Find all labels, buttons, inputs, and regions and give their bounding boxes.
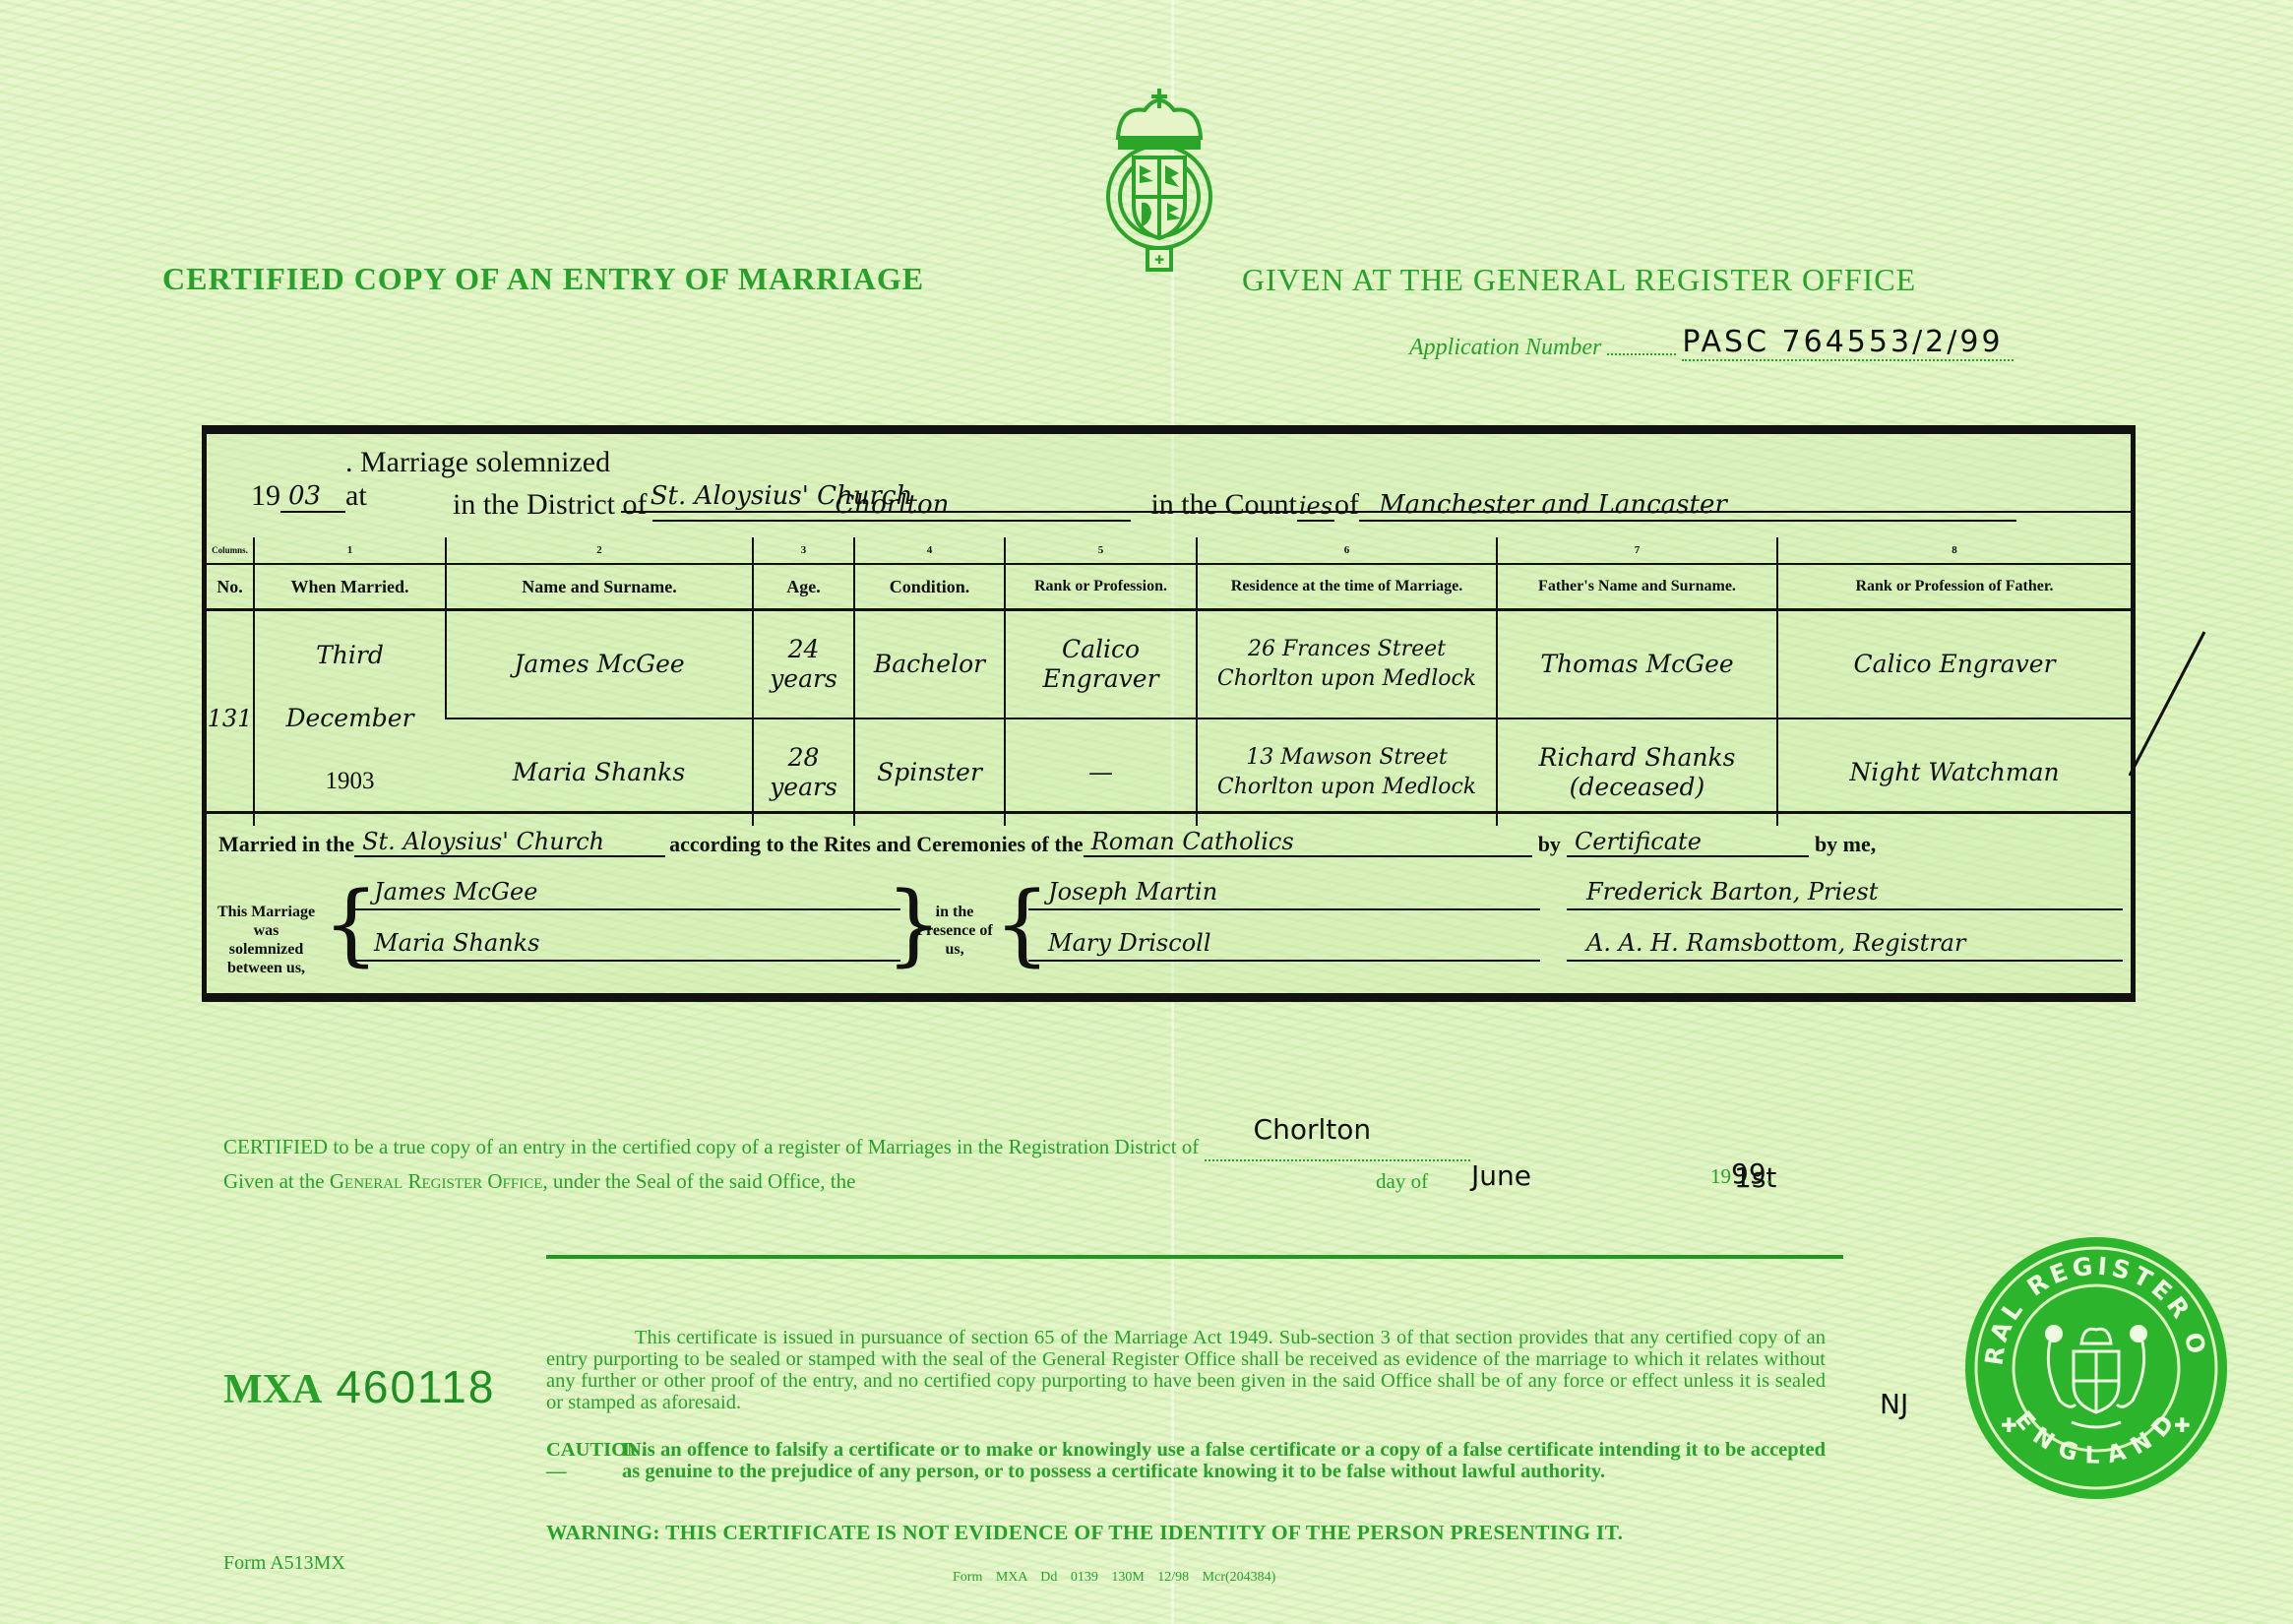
dotted-leader bbox=[1607, 353, 1676, 355]
day-of-label: day of bbox=[1376, 1169, 1428, 1194]
legal-text: This certificate is issued in pursuance … bbox=[546, 1327, 1826, 1413]
officiant-signature-registrar: A. A. H. Ramsbottom, Registrar bbox=[1567, 926, 2123, 962]
caution-notice: CAUTION.— It is an offence to falsify a … bbox=[546, 1439, 1826, 1482]
county-of-label: of bbox=[1334, 488, 1359, 522]
given-at-office: General Register Office bbox=[330, 1169, 543, 1193]
year-prefix: 19 bbox=[1710, 1164, 1731, 1188]
bride-name: Maria Shanks bbox=[446, 718, 753, 826]
table-row-groom: 131 Third December 1903 James McGee 24 y… bbox=[207, 610, 2131, 719]
presence-label: in the Presence of us, bbox=[915, 903, 994, 959]
witness-signature-1: Joseph Martin bbox=[1028, 875, 1540, 910]
register-table: Columns. 1 2 3 4 5 6 7 8 No. When Marrie… bbox=[207, 537, 2131, 826]
header-father-rank: Rank or Profession of Father. bbox=[1777, 564, 2131, 610]
caution-lead: CAUTION.— bbox=[546, 1439, 622, 1482]
married-in-value: St. Aloysius' Church bbox=[354, 828, 665, 857]
column-number: 8 bbox=[1777, 537, 2131, 564]
groom-father-rank: Calico Engraver bbox=[1777, 610, 2131, 719]
year-period: . bbox=[1766, 1164, 1771, 1188]
column-header-row: No. When Married. Name and Surname. Age.… bbox=[207, 564, 2131, 610]
bride-father-rank: Night Watchman bbox=[1777, 718, 2131, 826]
serial-prefix: MXA bbox=[223, 1366, 322, 1413]
margin-check-mark bbox=[2128, 630, 2206, 778]
application-number-label: Application Number bbox=[1409, 335, 1601, 361]
clerk-initials: NJ bbox=[1880, 1388, 1908, 1420]
header-rank: Rank or Profession. bbox=[1005, 564, 1197, 610]
rites-value: Roman Catholics bbox=[1084, 828, 1532, 857]
by-value: Certificate bbox=[1567, 828, 1809, 857]
bride-residence: 13 Mawson Street Chorlton upon Medlock bbox=[1197, 718, 1497, 826]
by-label: by bbox=[1538, 832, 1561, 857]
certified-month: June bbox=[1471, 1159, 1531, 1192]
column-number: 7 bbox=[1497, 537, 1777, 564]
general-register-office-seal-icon: GENERAL REGISTER OFFICE ENGLAND ✚ ✚ bbox=[1963, 1235, 2229, 1501]
certification-line-2: Given at the General Register Office, un… bbox=[223, 1169, 855, 1194]
county-value: Manchester and Lancaster bbox=[1359, 490, 2016, 522]
when-year: 1903 bbox=[255, 767, 445, 796]
application-number-row: Application Number PASC 764553/2/99 bbox=[1409, 325, 2014, 361]
column-number: 2 bbox=[446, 537, 753, 564]
groom-condition: Bachelor bbox=[854, 610, 1005, 719]
header-age: Age. bbox=[753, 564, 854, 610]
column-number: 5 bbox=[1005, 537, 1197, 564]
district-dotted-field: Chorlton bbox=[1205, 1135, 1470, 1161]
column-number: 3 bbox=[753, 537, 854, 564]
married-in-line: Married in the St. Aloysius' Church acco… bbox=[218, 828, 1876, 857]
bride-condition: Spinster bbox=[854, 718, 1005, 826]
district-label: in the District of bbox=[453, 488, 647, 522]
when-day: Third bbox=[255, 641, 445, 670]
district-line: in the District of Chorlton in the Count… bbox=[453, 488, 2016, 522]
form-number: Form A513MX bbox=[223, 1552, 345, 1575]
columns-label: Columns. bbox=[207, 537, 254, 564]
certification-text: CERTIFIED to be a true copy of an entry … bbox=[223, 1135, 1199, 1158]
party-signature-groom: James McGee bbox=[354, 875, 900, 910]
certification-line-1: CERTIFIED to be a true copy of an entry … bbox=[223, 1135, 1470, 1161]
column-number: 6 bbox=[1197, 537, 1497, 564]
by-me-label: by me, bbox=[1815, 832, 1876, 857]
officiant-signature-priest: Frederick Barton, Priest bbox=[1567, 875, 2123, 910]
groom-father-name: Thomas McGee bbox=[1497, 610, 1777, 719]
print-code: Form MXA Dd 0139 130M 12/98 Mcr(204384) bbox=[953, 1570, 1275, 1586]
district-value: Chorlton bbox=[652, 490, 1131, 522]
svg-text:✚: ✚ bbox=[1154, 253, 1164, 267]
svg-text:✚: ✚ bbox=[2001, 1413, 2017, 1437]
bride-father-name: Richard Shanks (deceased) bbox=[1497, 718, 1777, 826]
table-row-bride: Maria Shanks 28 years Spinster — 13 Maws… bbox=[207, 718, 2131, 826]
groom-name: James McGee bbox=[446, 610, 753, 719]
bride-age: 28 years bbox=[753, 718, 854, 826]
header-no: No. bbox=[207, 564, 254, 610]
year-prefix: 19 bbox=[251, 479, 280, 513]
signature-rule bbox=[546, 1255, 1843, 1259]
marriage-register-entry: 19 03 . Marriage solemnized at St. Aloys… bbox=[202, 425, 2136, 1002]
witness-signature-2: Mary Driscoll bbox=[1028, 926, 1540, 962]
when-married: Third December 1903 bbox=[254, 610, 446, 827]
when-month: December bbox=[255, 704, 445, 733]
given-at-post: , under the Seal of the said Office, the bbox=[542, 1169, 855, 1193]
bride-rank: — bbox=[1005, 718, 1197, 826]
between-label: This Marriage was solemnized between us, bbox=[215, 903, 318, 977]
header-residence: Residence at the time of Marriage. bbox=[1197, 564, 1497, 610]
certified-year: 1999. bbox=[1710, 1157, 1771, 1190]
header-when-married: When Married. bbox=[254, 564, 446, 610]
entry-number: 131 bbox=[207, 610, 254, 827]
groom-rank: Calico Engraver bbox=[1005, 610, 1197, 719]
column-number-row: Columns. 1 2 3 4 5 6 7 8 bbox=[207, 537, 2131, 564]
groom-age: 24 years bbox=[753, 610, 854, 719]
married-in-label: Married in the bbox=[218, 832, 354, 857]
certificate-serial: MXA 460118 bbox=[223, 1360, 495, 1413]
year-suffix: 99 bbox=[1731, 1157, 1766, 1190]
ceremony-details: Married in the St. Aloysius' Church acco… bbox=[207, 811, 2131, 993]
certificate-title: CERTIFIED COPY OF AN ENTRY OF MARRIAGE bbox=[162, 261, 924, 297]
header-father-name: Father's Name and Surname. bbox=[1497, 564, 1777, 610]
svg-text:✚: ✚ bbox=[2174, 1413, 2191, 1437]
year-suffix: 03 bbox=[280, 481, 345, 513]
identity-warning: WARNING: THIS CERTIFICATE IS NOT EVIDENC… bbox=[546, 1521, 1623, 1545]
column-number: 1 bbox=[254, 537, 446, 564]
application-number-value: PASC 764553/2/99 bbox=[1682, 325, 2013, 361]
header-condition: Condition. bbox=[854, 564, 1005, 610]
royal-crest-icon: ✚ bbox=[1090, 87, 1228, 274]
column-number: 4 bbox=[854, 537, 1005, 564]
certified-district: Chorlton bbox=[1254, 1113, 1372, 1146]
county-plural-suffix: ies bbox=[1297, 492, 1334, 522]
county-label: in the Count bbox=[1150, 488, 1296, 522]
groom-residence: 26 Frances Street Chorlton upon Medlock bbox=[1197, 610, 1497, 719]
serial-number: 460118 bbox=[336, 1360, 495, 1413]
caution-text: It is an offence to falsify a certificat… bbox=[622, 1439, 1826, 1482]
legal-notice: This certificate is issued in pursuance … bbox=[546, 1327, 1826, 1413]
given-at-pre: Given at the bbox=[223, 1169, 325, 1193]
rites-label: according to the Rites and Ceremonies of… bbox=[669, 832, 1084, 857]
issuing-office-title: GIVEN AT THE GENERAL REGISTER OFFICE bbox=[1242, 262, 1916, 298]
signatures-block: This Marriage was solemnized between us,… bbox=[207, 875, 2131, 983]
party-signature-bride: Maria Shanks bbox=[354, 926, 900, 962]
header-name: Name and Surname. bbox=[446, 564, 753, 610]
